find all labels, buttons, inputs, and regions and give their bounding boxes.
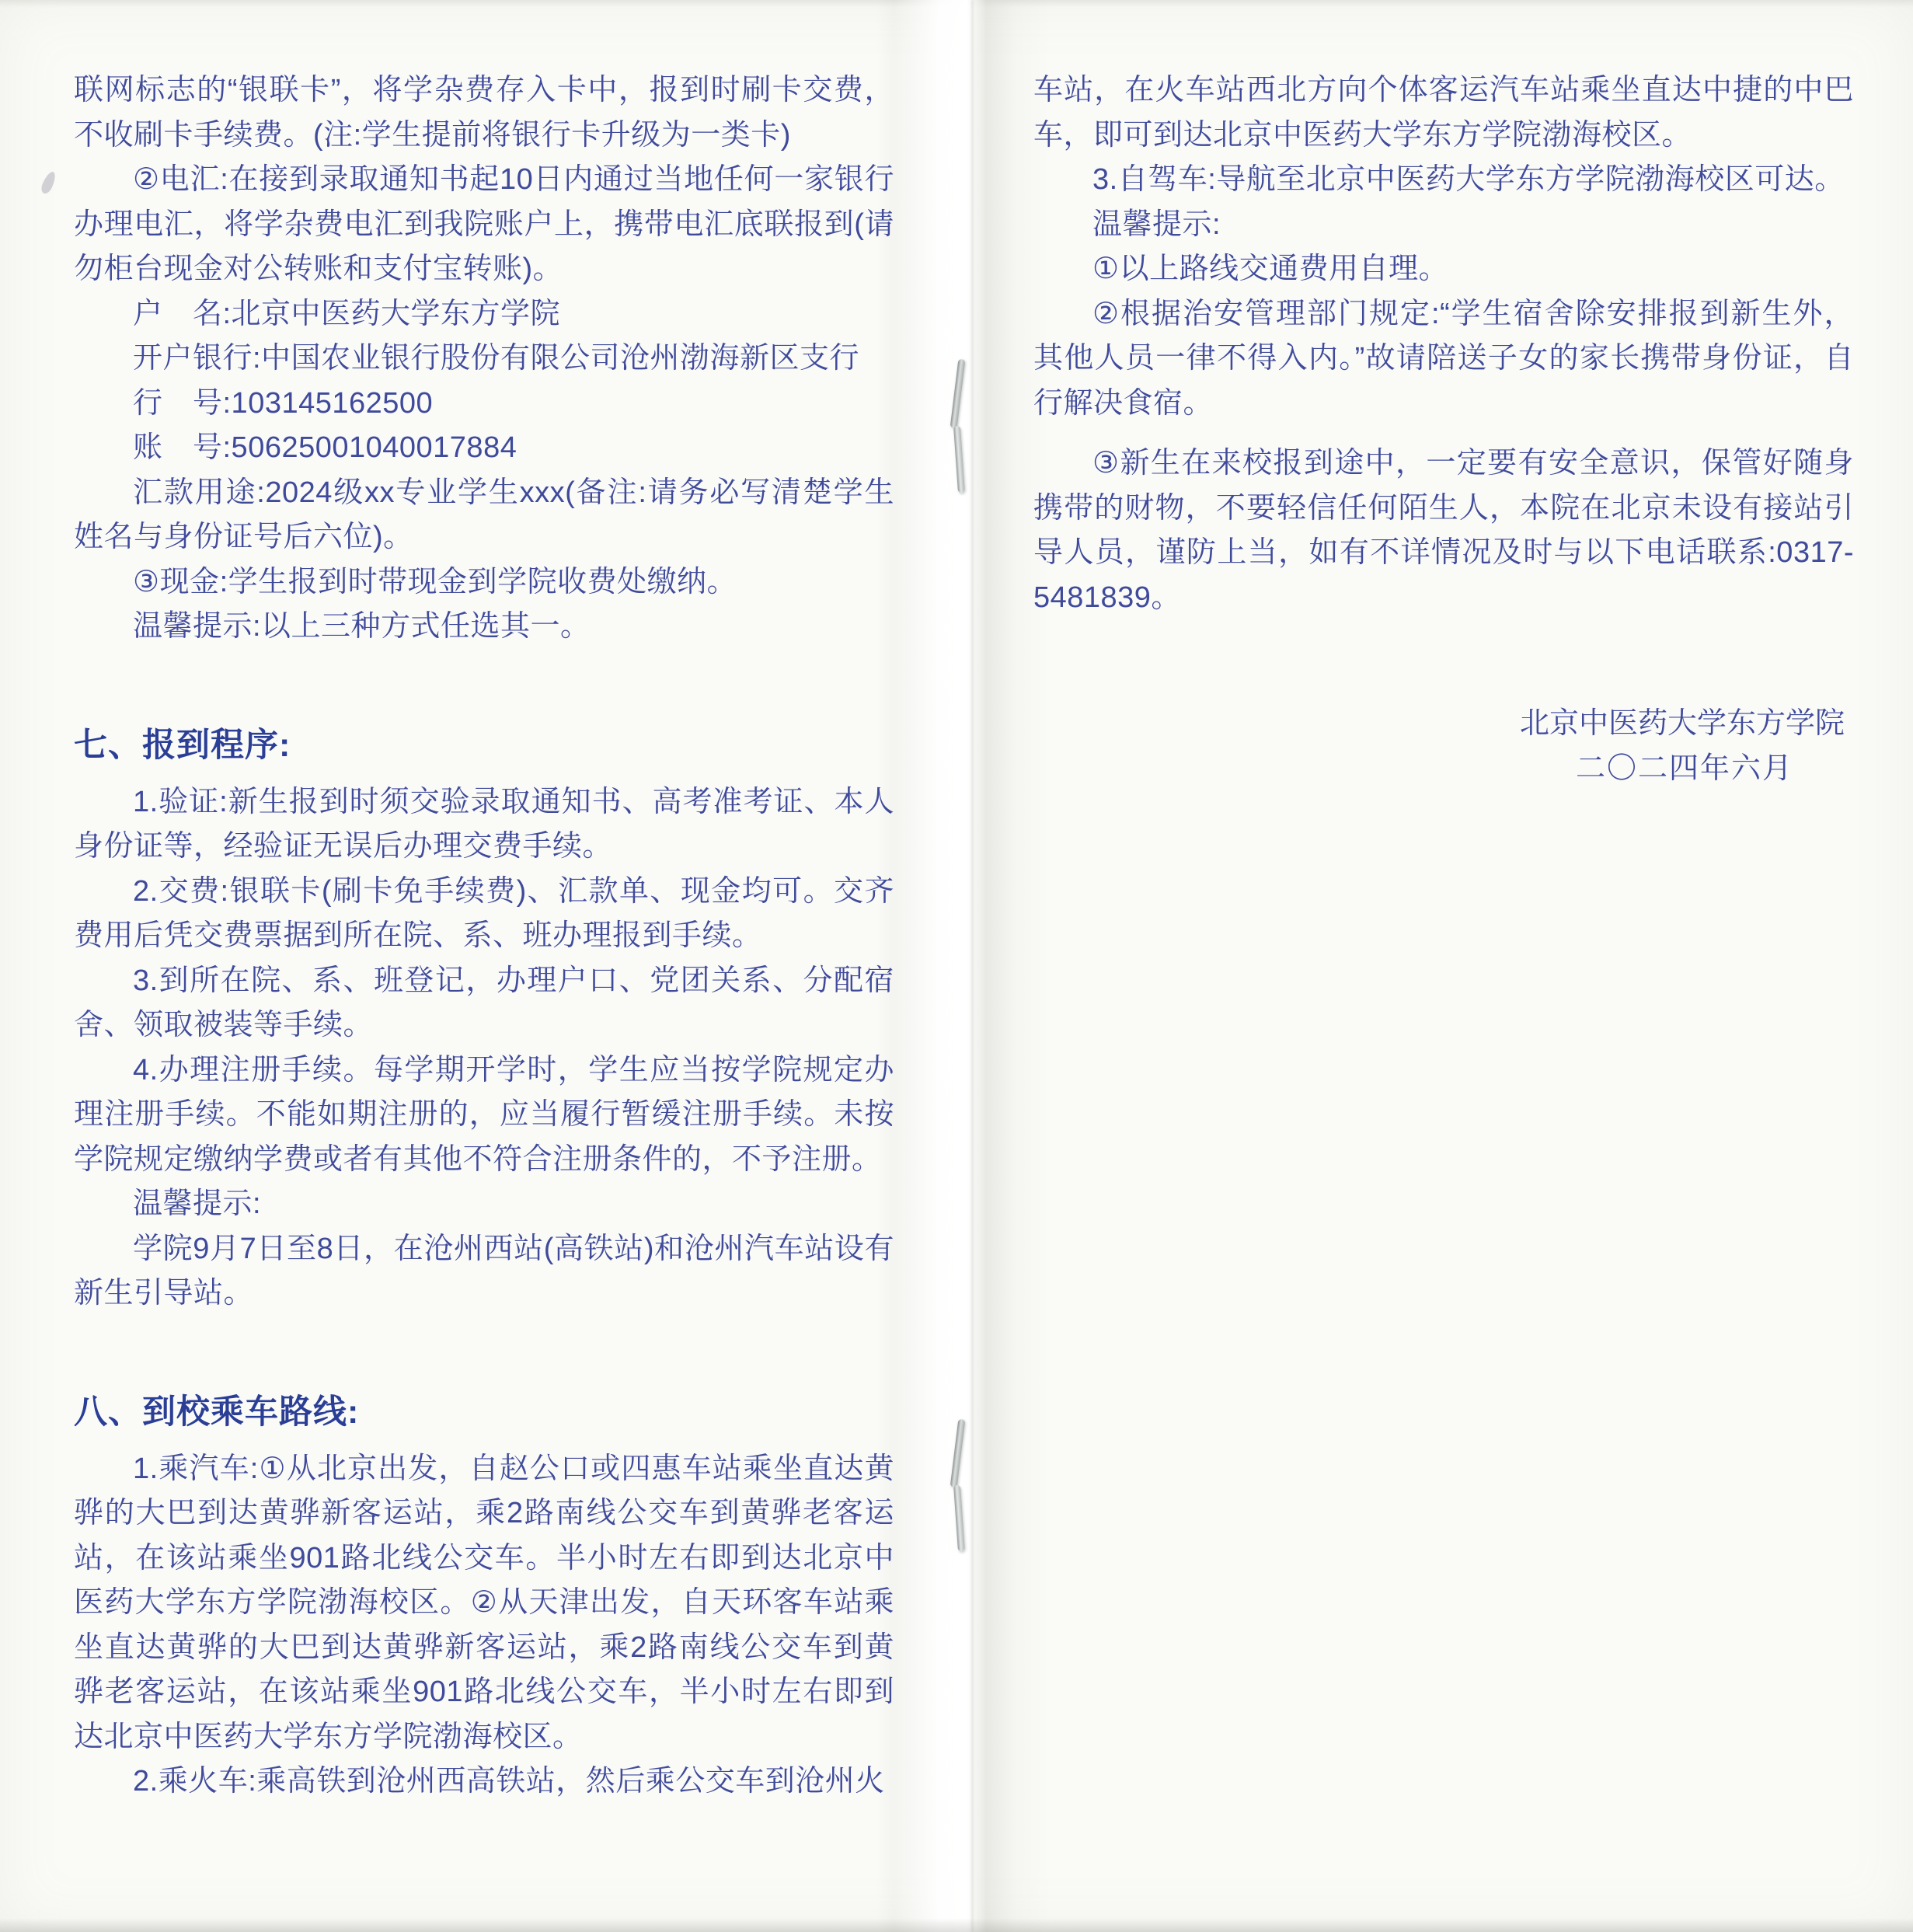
body-paragraph: 车站，在火车站西北方向个体客运汽车站乘坐直达中捷的中巴车，即可到达北京中医药大学… xyxy=(1033,68,1854,158)
body-paragraph: 温馨提示:以上三种方式任选其一。 xyxy=(74,605,894,650)
page-fold-gutter xyxy=(876,0,1051,1932)
body-paragraph: 户 名:北京中医药大学东方学院 xyxy=(74,292,894,337)
body-paragraph: 账 号:50625001040017884 xyxy=(74,426,894,471)
body-paragraph: 3.自驾车:导航至北京中医药大学东方学院渤海校区可达。 xyxy=(1033,158,1854,203)
body-paragraph: 联网标志的“银联卡”，将学杂费存入卡中，报到时刷卡交费，不收刷卡手续费。(注:学… xyxy=(74,68,894,158)
scanned-booklet-spread: 联网标志的“银联卡”，将学杂费存入卡中，报到时刷卡交费，不收刷卡手续费。(注:学… xyxy=(0,0,1913,1932)
body-paragraph: 2.乘火车:乘高铁到沧州西高铁站，然后乘公交车到沧州火 xyxy=(74,1759,894,1805)
body-paragraph: 开户银行:中国农业银行股份有限公司沧州渤海新区支行 xyxy=(74,337,894,382)
page-left: 联网标志的“银联卡”，将学杂费存入卡中，报到时刷卡交费，不收刷卡手续费。(注:学… xyxy=(74,68,894,1805)
body-paragraph: 1.验证:新生报到时须交验录取通知书、高考准考证、本人身份证等，经验证无误后办理… xyxy=(74,780,894,870)
signature-org: 北京中医药大学东方学院 xyxy=(1033,701,1854,746)
body-paragraph: 汇款用途:2024级xx专业学生xxx(备注:请务必写清楚学生姓名与身份证号后六… xyxy=(74,471,894,560)
page-right: 车站，在火车站西北方向个体客运汽车站乘坐直达中捷的中巴车，即可到达北京中医药大学… xyxy=(1033,68,1854,791)
left-column-text: 联网标志的“银联卡”，将学杂费存入卡中，报到时刷卡交费，不收刷卡手续费。(注:学… xyxy=(74,68,894,1805)
body-paragraph: ③新生在来校报到途中，一定要有安全意识，保管好随身携带的财物，不要轻信任何陌生人… xyxy=(1033,441,1854,620)
section-heading: 八、到校乘车路线: xyxy=(74,1388,894,1436)
body-paragraph: ②电汇:在接到录取通知书起10日内通过当地任何一家银行办理电汇，将学杂费电汇到我… xyxy=(74,158,894,292)
body-paragraph: ②根据治安管理部门规定:“学生宿舍除安排报到新生外，其他人员一律不得入内。”故请… xyxy=(1033,292,1854,427)
signature-date: 二〇二四年六月 xyxy=(1033,746,1854,791)
staple-top xyxy=(945,359,976,493)
body-paragraph: ③现金:学生报到时带现金到学院收费处缴纳。 xyxy=(74,560,894,605)
signature-block: 北京中医药大学东方学院 二〇二四年六月 xyxy=(1033,701,1854,791)
right-column-text: 车站，在火车站西北方向个体客运汽车站乘坐直达中捷的中巴车，即可到达北京中医药大学… xyxy=(1033,68,1854,620)
section-heading: 七、报到程序: xyxy=(74,721,894,769)
scan-artifact-mark xyxy=(39,170,57,196)
body-paragraph: ①以上路线交通费用自理。 xyxy=(1033,247,1854,292)
body-paragraph: 温馨提示: xyxy=(74,1182,894,1227)
staple-bottom xyxy=(945,1419,976,1551)
body-paragraph: 4.办理注册手续。每学期开学时，学生应当按学院规定办理注册手续。不能如期注册的，… xyxy=(74,1048,894,1183)
body-paragraph: 行 号:103145162500 xyxy=(74,382,894,427)
body-paragraph: 温馨提示: xyxy=(1033,203,1854,248)
body-paragraph: 1.乘汽车:①从北京出发，自赵公口或四惠车站乘坐直达黄骅的大巴到达黄骅新客运站，… xyxy=(74,1447,894,1760)
body-paragraph: 2.交费:银联卡(刷卡免手续费)、汇款单、现金均可。交齐费用后凭交费票据到所在院… xyxy=(74,870,894,959)
body-paragraph: 学院9月7日至8日，在沧州西站(高铁站)和沧州汽车站设有新生引导站。 xyxy=(74,1227,894,1316)
body-paragraph: 3.到所在院、系、班登记，办理户口、党团关系、分配宿舍、领取被装等手续。 xyxy=(74,959,894,1048)
